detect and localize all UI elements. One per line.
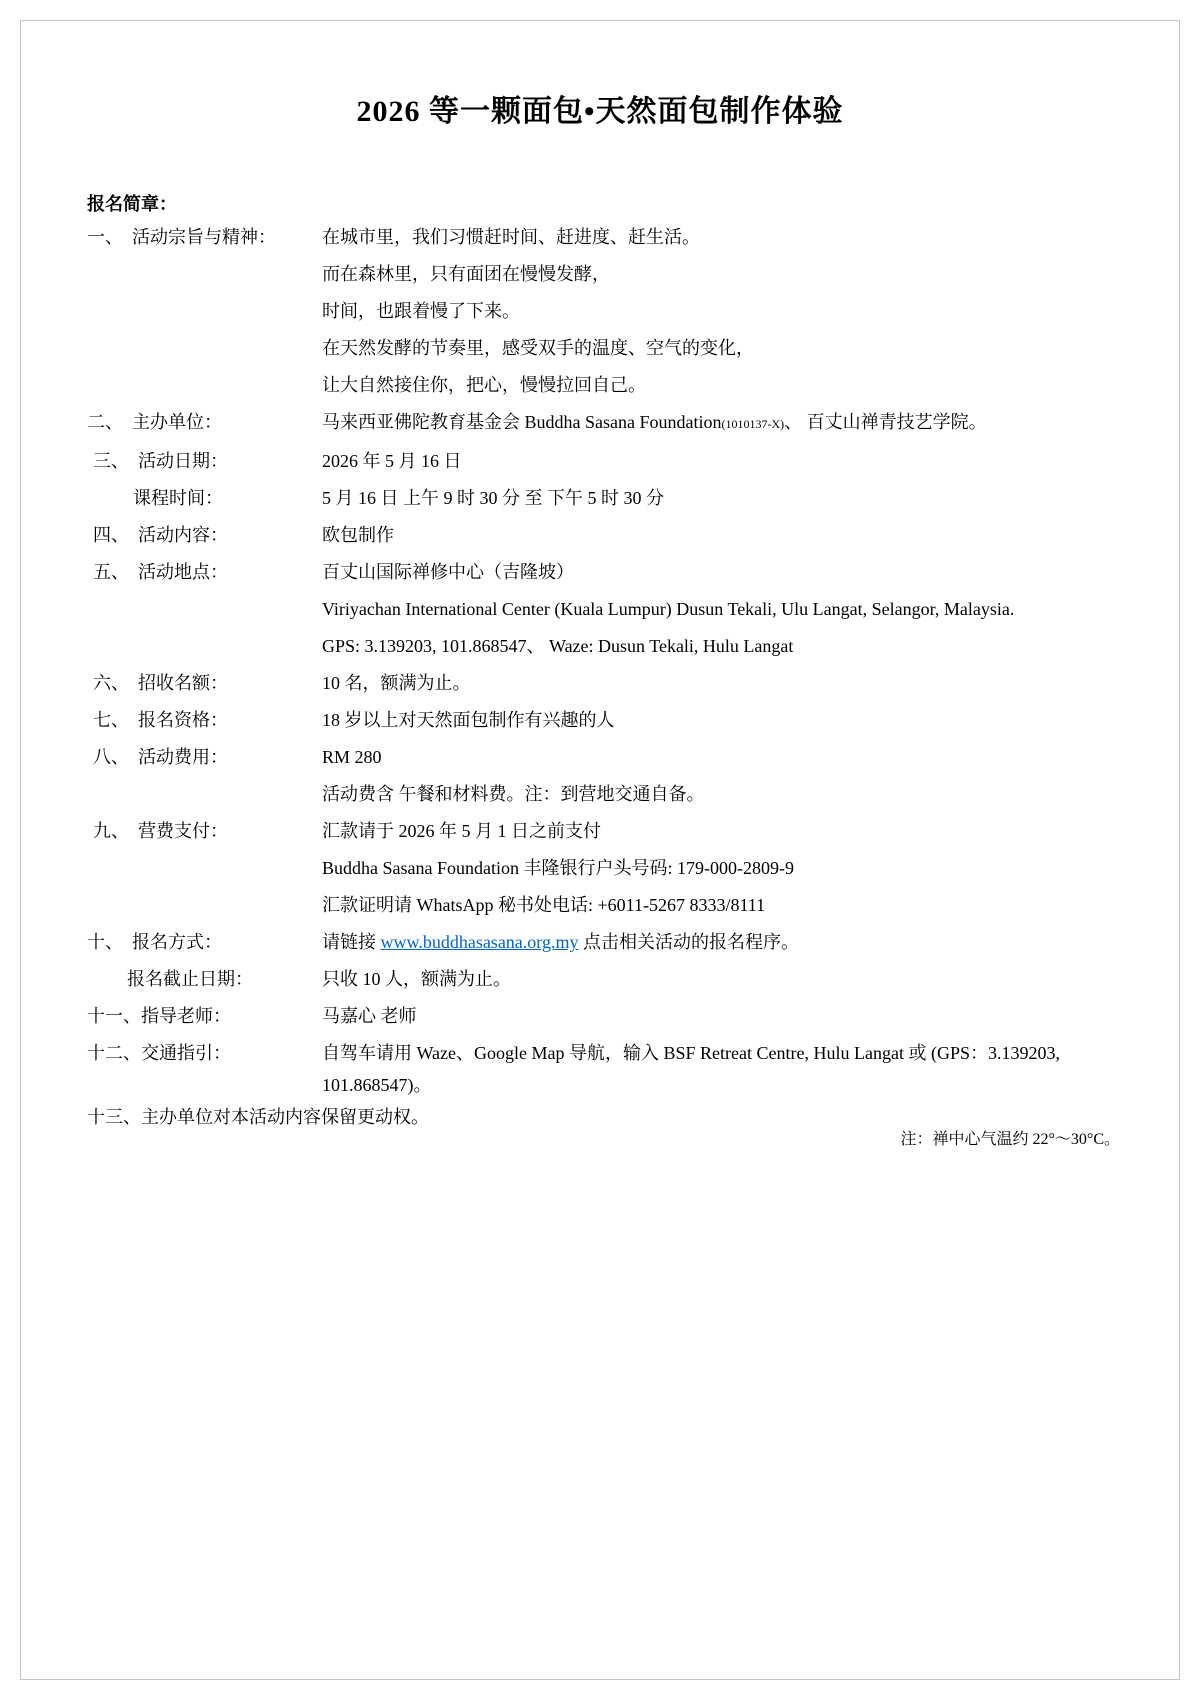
row-head: 五、 活动地点： (93, 554, 322, 591)
purpose-line: 而在森林里，只有面团在慢慢发酵， (322, 256, 1120, 293)
info-row-eligibility: 七、 报名资格： 18 岁以上对天然面包制作有兴趣的人 (87, 702, 1120, 739)
payment-whatsapp: 汇款证明请 WhatsApp 秘书处电话: +6011-5267 8333/81… (322, 887, 1120, 924)
info-row-location: 五、 活动地点： 百丈山国际禅修中心（吉隆坡） Viriyachan Inter… (87, 554, 1120, 665)
info-rows: 一、 活动宗旨与精神： 在城市里，我们习惯赶时间、赶进度、赶生活。 而在森林里，… (87, 219, 1120, 1152)
info-row-payment: 九、 营费支付： 汇款请于 2026 年 5 月 1 日之前支付 Buddha … (87, 813, 1120, 924)
payment-bank-account: Buddha Sasana Foundation 丰隆银行户头号码: 179-0… (322, 850, 1120, 887)
location-name-cn: 百丈山国际禅修中心（吉隆坡） (322, 554, 1120, 591)
organizer-name: 马来西亚佛陀教育基金会 Buddha Sasana Foundation (322, 412, 721, 432)
info-row-directions: 十二、交通指引： 自驾车请用 Waze、Google Map 导航，输入 BSF… (87, 1035, 1120, 1099)
info-row-event-date: 三、 活动日期： 2026 年 5 月 16 日 (87, 443, 1120, 480)
payment-deadline: 汇款请于 2026 年 5 月 1 日之前支付 (322, 813, 1120, 850)
info-row-teacher: 十一、指导老师： 马嘉心 老师 (87, 998, 1120, 1035)
course-time: 5 月 16 日 上午 9 时 30 分 至 下午 5 时 30 分 (322, 480, 1120, 517)
location-name-en: Viriyachan International Center (Kuala L… (322, 591, 1120, 628)
activity-content: 欧包制作 (322, 517, 1120, 554)
info-row-activity-content: 四、 活动内容： 欧包制作 (87, 517, 1120, 554)
registration-link-suffix: 点击相关活动的报名程序。 (578, 932, 799, 952)
row-head: 十、 报名方式： (87, 924, 322, 961)
row-head: 十二、交通指引： (87, 1035, 322, 1072)
info-row-purpose: 一、 活动宗旨与精神： 在城市里，我们习惯赶时间、赶进度、赶生活。 而在森林里，… (87, 219, 1120, 404)
document-body: 报名简章： 一、 活动宗旨与精神： 在城市里，我们习惯赶时间、赶进度、赶生活。 … (87, 0, 1120, 1152)
registration-deadline-value: 只收 10 人，额满为止。 (322, 961, 1120, 998)
row-head: 课程时间： (133, 480, 322, 517)
row-head: 七、 报名资格： (93, 702, 322, 739)
row-head: 三、 活动日期： (93, 443, 322, 480)
info-row-registration-deadline: 报名截止日期： 只收 10 人，额满为止。 (87, 961, 1120, 998)
fee-amount: RM 280 (322, 739, 1120, 776)
info-row-organizer: 二、 主办单位： 马来西亚佛陀教育基金会 Buddha Sasana Found… (87, 404, 1120, 443)
document-page: 2026 等一颗面包•天然面包制作体验 报名简章： 一、 活动宗旨与精神： 在城… (0, 0, 1200, 1700)
location-gps: GPS: 3.139203, 101.868547、 Waze: Dusun T… (322, 628, 1120, 665)
row-head: 八、 活动费用： (93, 739, 322, 776)
brochure-heading: 报名简章： (87, 186, 1120, 223)
info-row-course-time: 课程时间： 5 月 16 日 上午 9 时 30 分 至 下午 5 时 30 分 (87, 480, 1120, 517)
registration-link-prefix: 请链接 (322, 932, 381, 952)
organizer-line: 马来西亚佛陀教育基金会 Buddha Sasana Foundation(101… (322, 404, 1120, 443)
organizer-registration-number: (1010137-X) (721, 417, 784, 431)
event-date: 2026 年 5 月 16 日 (322, 443, 1120, 480)
row-head: 四、 活动内容： (93, 517, 322, 554)
eligibility-value: 18 岁以上对天然面包制作有兴趣的人 (322, 702, 1120, 739)
directions-line: 自驾车请用 Waze、Google Map 导航，输入 BSF Retreat … (322, 1035, 1120, 1072)
info-row-quota: 六、 招收名额： 10 名，额满为止。 (87, 665, 1120, 702)
row-head: 二、 主办单位： (87, 404, 322, 441)
quota-value: 10 名，额满为止。 (322, 665, 1120, 702)
purpose-line: 时间，也跟着慢了下来。 (322, 293, 1120, 330)
purpose-line: 在城市里，我们习惯赶时间、赶进度、赶生活。 (322, 219, 1120, 256)
registration-line: 请链接 www.buddhasasana.org.my 点击相关活动的报名程序。 (322, 924, 1120, 961)
row-head: 六、 招收名额： (93, 665, 322, 702)
fee-note: 活动费含 午餐和材料费。注：到营地交通自备。 (322, 776, 1120, 813)
organizer-co-host: 、 百丈山禅青技艺学院。 (784, 412, 987, 432)
row-head: 十一、指导老师： (87, 998, 322, 1035)
teacher-name: 马嘉心 老师 (322, 998, 1120, 1035)
directions-line-wrap: 101.868547)。 (322, 1072, 1120, 1099)
info-row-registration: 十、 报名方式： 请链接 www.buddhasasana.org.my 点击相… (87, 924, 1120, 961)
row-head: 九、 营费支付： (93, 813, 322, 850)
row-head: 一、 活动宗旨与精神： (87, 219, 322, 256)
registration-link[interactable]: www.buddhasasana.org.my (381, 932, 579, 952)
row-head: 报名截止日期： (127, 961, 322, 998)
info-row-fee: 八、 活动费用： RM 280 活动费含 午餐和材料费。注：到营地交通自备。 (87, 739, 1120, 813)
purpose-line: 在天然发酵的节奏里，感受双手的温度、空气的变化， (322, 330, 1120, 367)
purpose-line: 让大自然接住你，把心，慢慢拉回自己。 (322, 367, 1120, 404)
